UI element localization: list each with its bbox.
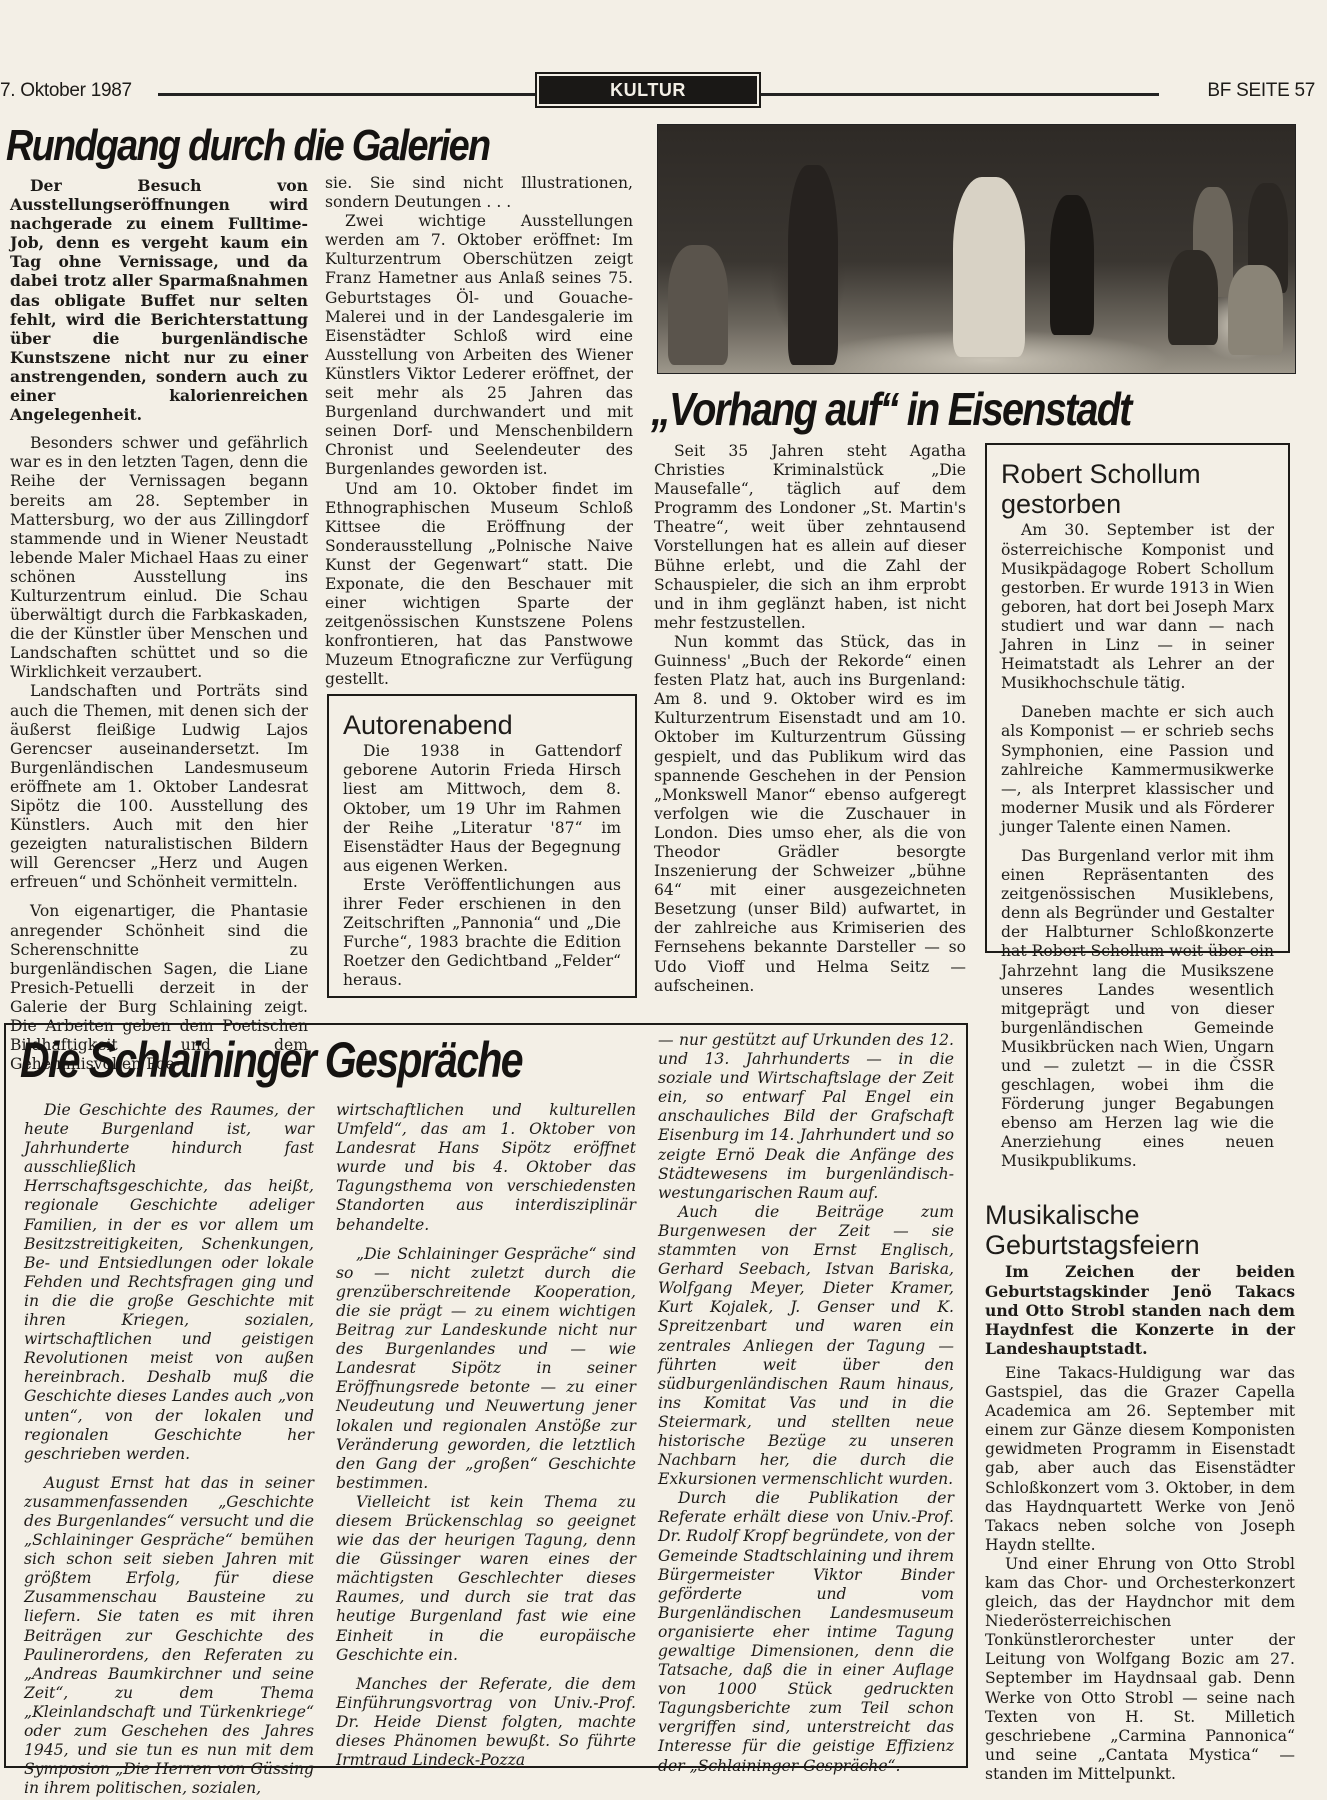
headline-galerien: Rundgang durch die Galerien [6, 124, 489, 168]
schlaining-paragraph: — nur gestützt auf Urkunden des 12. und … [658, 1031, 954, 1203]
galerien-lead: Der Besuch von Ausstellungseröffnungen w… [10, 176, 308, 424]
autorenabend-box: Autorenabend Die 1938 in Gattendorf gebo… [327, 694, 637, 998]
section-label: KULTUR [539, 76, 757, 104]
photo-figure [1050, 195, 1094, 335]
photo-figure [668, 245, 728, 365]
geburtstag-title: Musikalische Geburtstagsfeiern [985, 1200, 1295, 1260]
headline-schlaining: Die Schlaininger Gespräche [20, 1035, 522, 1085]
headline-vorhang: „Vorhang auf“ in Eisenstadt [651, 386, 1131, 432]
schollum-title: Robert Schollum gestorben [1001, 459, 1274, 519]
photo-figure [1228, 265, 1283, 355]
photo-figure [1168, 250, 1218, 345]
geburtstag-lead: Im Zeichen der beiden Geburtstagskinder … [985, 1262, 1295, 1357]
header-rule-left [158, 93, 535, 96]
geburtstag-paragraph: Eine Takacs-Huldigung war das Gastspiel,… [985, 1364, 1295, 1555]
schlaining-paragraph: Manches der Referate, die dem Einführung… [336, 1675, 636, 1770]
schlaining-paragraph: Die Geschichte des Raumes, der heute Bur… [24, 1101, 314, 1464]
geburtstag-article: Musikalische Geburtstagsfeiern Im Zeiche… [985, 1200, 1295, 1784]
schlaining-paragraph: Auch die Beiträge zum Burgenwesen der Ze… [658, 1203, 954, 1489]
schlaining-box: Die Schlaininger Gespräche Die Geschicht… [4, 1023, 968, 1768]
schlaining-paragraph: wirtschaftlichen und kulturellen Umfeld“… [336, 1101, 636, 1235]
galerien-column-1: Der Besuch von Ausstellungseröffnungen w… [10, 176, 308, 1074]
galerien-column-2: sie. Sie sind nicht Illustrationen, sond… [325, 174, 633, 690]
galerien-paragraph: Besonders schwer und gefährlich war es i… [10, 434, 308, 682]
photo-figure [788, 165, 838, 365]
schollum-paragraph: Das Burgenland verlor mit ihm einen Repr… [1001, 847, 1274, 1172]
galerien-paragraph: sie. Sie sind nicht Illustrationen, sond… [325, 174, 633, 212]
schlaining-paragraph: „Die Schlaininger Gespräche“ sind so — n… [336, 1245, 636, 1493]
geburtstag-paragraph: Und einer Ehrung von Otto Strobl kam das… [985, 1555, 1295, 1784]
issue-date: 7. Oktober 1987 [0, 80, 132, 102]
galerien-paragraph: Landschaften und Porträts sind auch die … [10, 682, 308, 892]
schlaining-column-3: — nur gestützt auf Urkunden des 12. und … [658, 1031, 954, 1776]
schlaining-column-2: wirtschaftlichen und kulturellen Umfeld“… [336, 1101, 636, 1770]
galerien-paragraph: Und am 10. Oktober findet im Ethnographi… [325, 480, 633, 690]
vorhang-column: Seit 35 Jahren steht Agatha Christies Kr… [654, 442, 966, 996]
schlaining-paragraph: Durch die Publikation der Referate erhäl… [658, 1489, 954, 1775]
vorhang-paragraph: Nun kommt das Stück, das in Guinness' „B… [654, 633, 966, 996]
autorenabend-paragraph: Die 1938 in Gattendorf geborene Autorin … [343, 742, 621, 876]
schlaining-column-1: Die Geschichte des Raumes, der heute Bur… [24, 1101, 314, 1798]
autorenabend-title: Autorenabend [343, 710, 621, 740]
section-label-box: KULTUR [535, 72, 761, 108]
schollum-box: Robert Schollum gestorben Am 30. Septemb… [985, 443, 1290, 953]
header-rule-right [761, 93, 1159, 96]
autorenabend-paragraph: Erste Veröffentlichungen aus ihrer Feder… [343, 876, 621, 991]
page-number: BF SEITE 57 [1207, 80, 1315, 102]
galerien-paragraph: Zwei wichtige Ausstellungen werden am 7.… [325, 212, 633, 479]
schlaining-paragraph: Vielleicht ist kein Thema zu diesem Brüc… [336, 1493, 636, 1665]
vorhang-paragraph: Seit 35 Jahren steht Agatha Christies Kr… [654, 442, 966, 633]
schlaining-paragraph: August Ernst hat das in seiner zusammenf… [24, 1474, 314, 1799]
schollum-paragraph: Daneben machte er sich auch als Komponis… [1001, 703, 1274, 837]
theater-photo [657, 124, 1296, 374]
photo-figure [953, 177, 1025, 357]
schollum-paragraph: Am 30. September ist der österreichische… [1001, 521, 1274, 693]
